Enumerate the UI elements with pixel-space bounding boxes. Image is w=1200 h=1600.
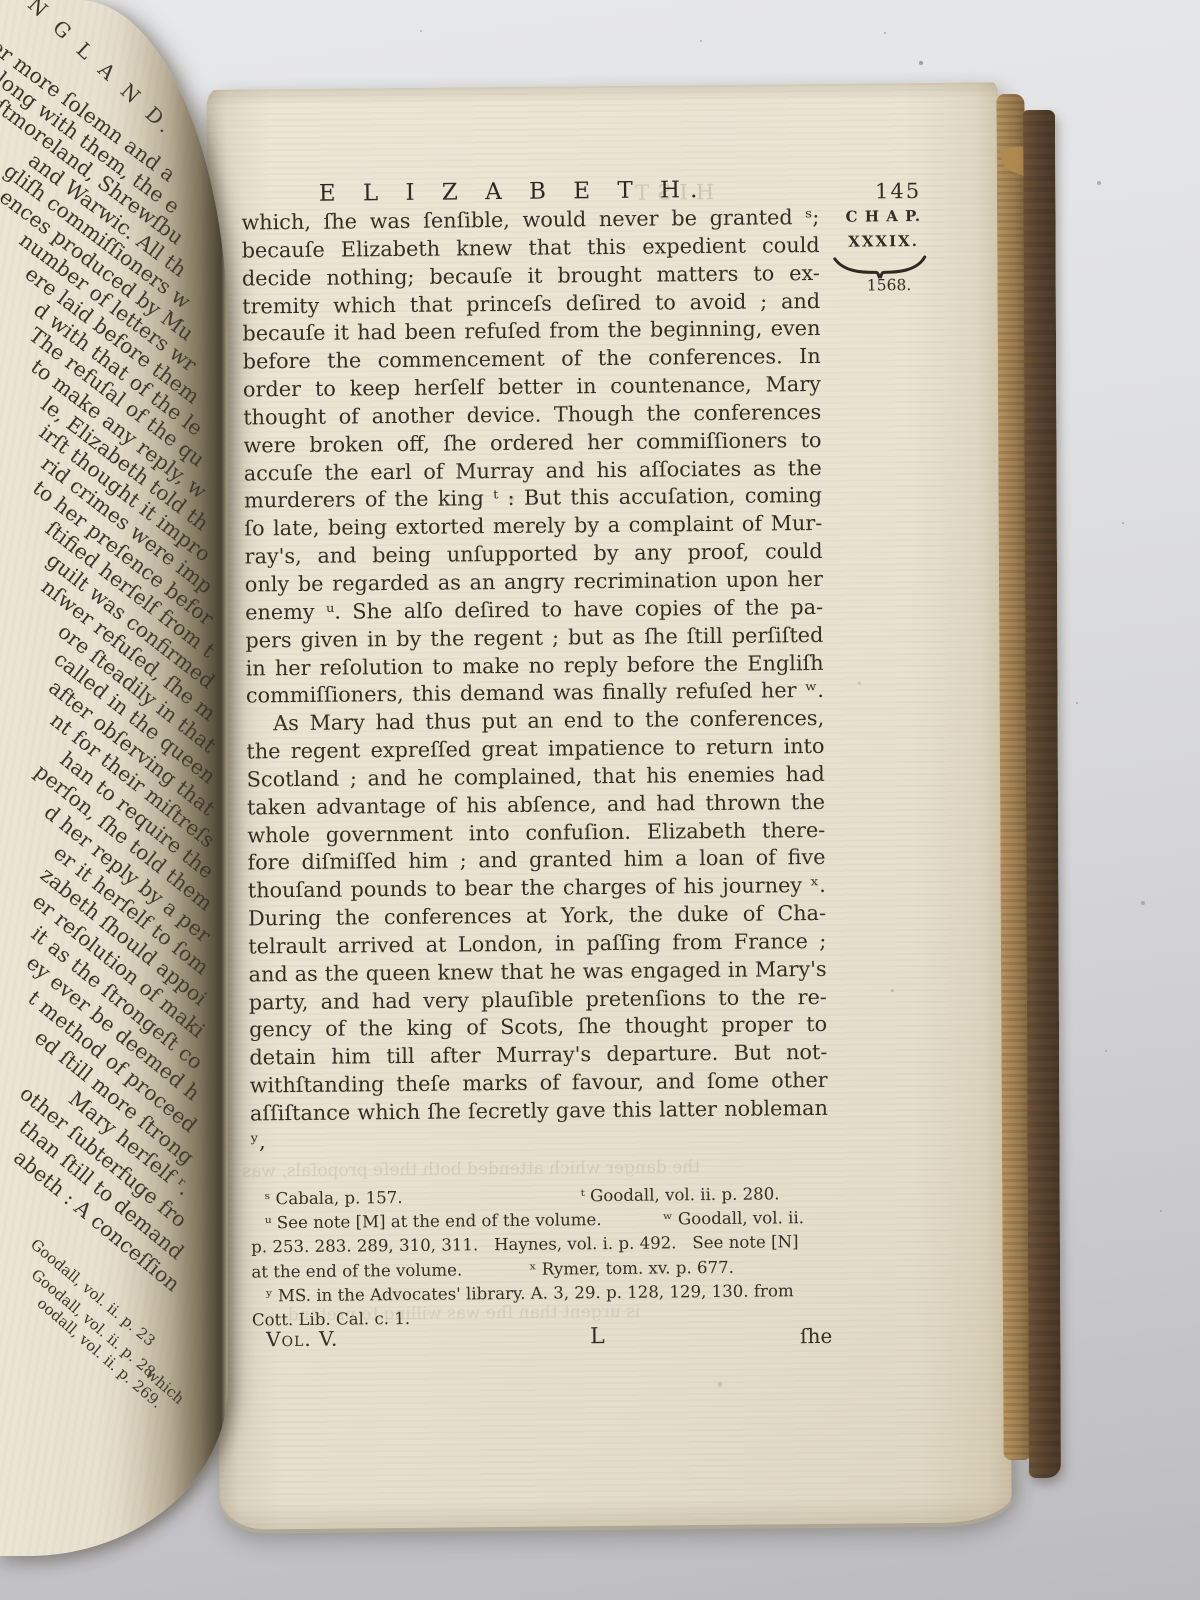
- book-page-photo: HIST E L I Z A B E T H. 145 C H A P. XXX…: [0, 0, 1200, 1600]
- body-text-line: aſſiſtance which ſhe ſecretly gave this …: [250, 1095, 829, 1156]
- chapter-marginal: C H A P.: [827, 207, 939, 226]
- footnote-segment: ʷ Goodall, vol. ii.: [663, 1208, 804, 1228]
- footnote-segment: ʸ MS. in the Advocates' library. A. 3, 2…: [266, 1281, 794, 1305]
- page-number: 145: [875, 179, 921, 203]
- footnote-segment: ᵘ See note [M] at the end of the volume.: [265, 1210, 602, 1232]
- signature-line: Vol. V. L ſhe: [252, 1322, 830, 1362]
- chapter-number-marginal: XXXIX.: [828, 232, 940, 251]
- book-cover-edge: [1023, 110, 1061, 1478]
- ghost-showthrough-line: the danger which attended both theſe pro…: [242, 1157, 700, 1181]
- year-marginal: 1568.: [844, 276, 934, 295]
- foxing-spots: [206, 90, 209, 93]
- catchword: ſhe: [800, 1324, 832, 1348]
- volume-label: Vol. V.: [266, 1327, 338, 1352]
- running-head-title: E L I Z A B E T H.: [313, 177, 713, 207]
- left-page: F E N G L A N D. tter more ſolemn and aa…: [0, 0, 228, 1556]
- footnote-segment: ˣ Rymer, tom. xv. p. 677.: [529, 1257, 734, 1278]
- footnote-segment: ᵗ Goodall, vol. ii. p. 280.: [581, 1184, 780, 1205]
- footnote-segment: at the end of the volume.: [251, 1260, 462, 1281]
- right-page: HIST E L I Z A B E T H. 145 C H A P. XXX…: [206, 82, 1012, 1530]
- footnote-segment: p. 253. 283. 289, 310, 311. Haynes, vol.…: [251, 1233, 799, 1257]
- paragraph-2: As Mary had thus put an end to the confe…: [246, 705, 828, 1156]
- body-text-block: which, ſhe was ſenſible, would never be …: [241, 204, 828, 1156]
- paragraph-1: which, ſhe was ſenſible, would never be …: [241, 204, 824, 711]
- right-page-surface: HIST E L I Z A B E T H. 145 C H A P. XXX…: [206, 82, 1012, 1530]
- gathering-letter: L: [590, 1324, 605, 1349]
- footnote-segment: ˢ Cabala, p. 157.: [265, 1188, 403, 1208]
- footnotes-block: ˢ Cabala, p. 157.ᵗ Goodall, vol. ii. p. …: [251, 1184, 830, 1335]
